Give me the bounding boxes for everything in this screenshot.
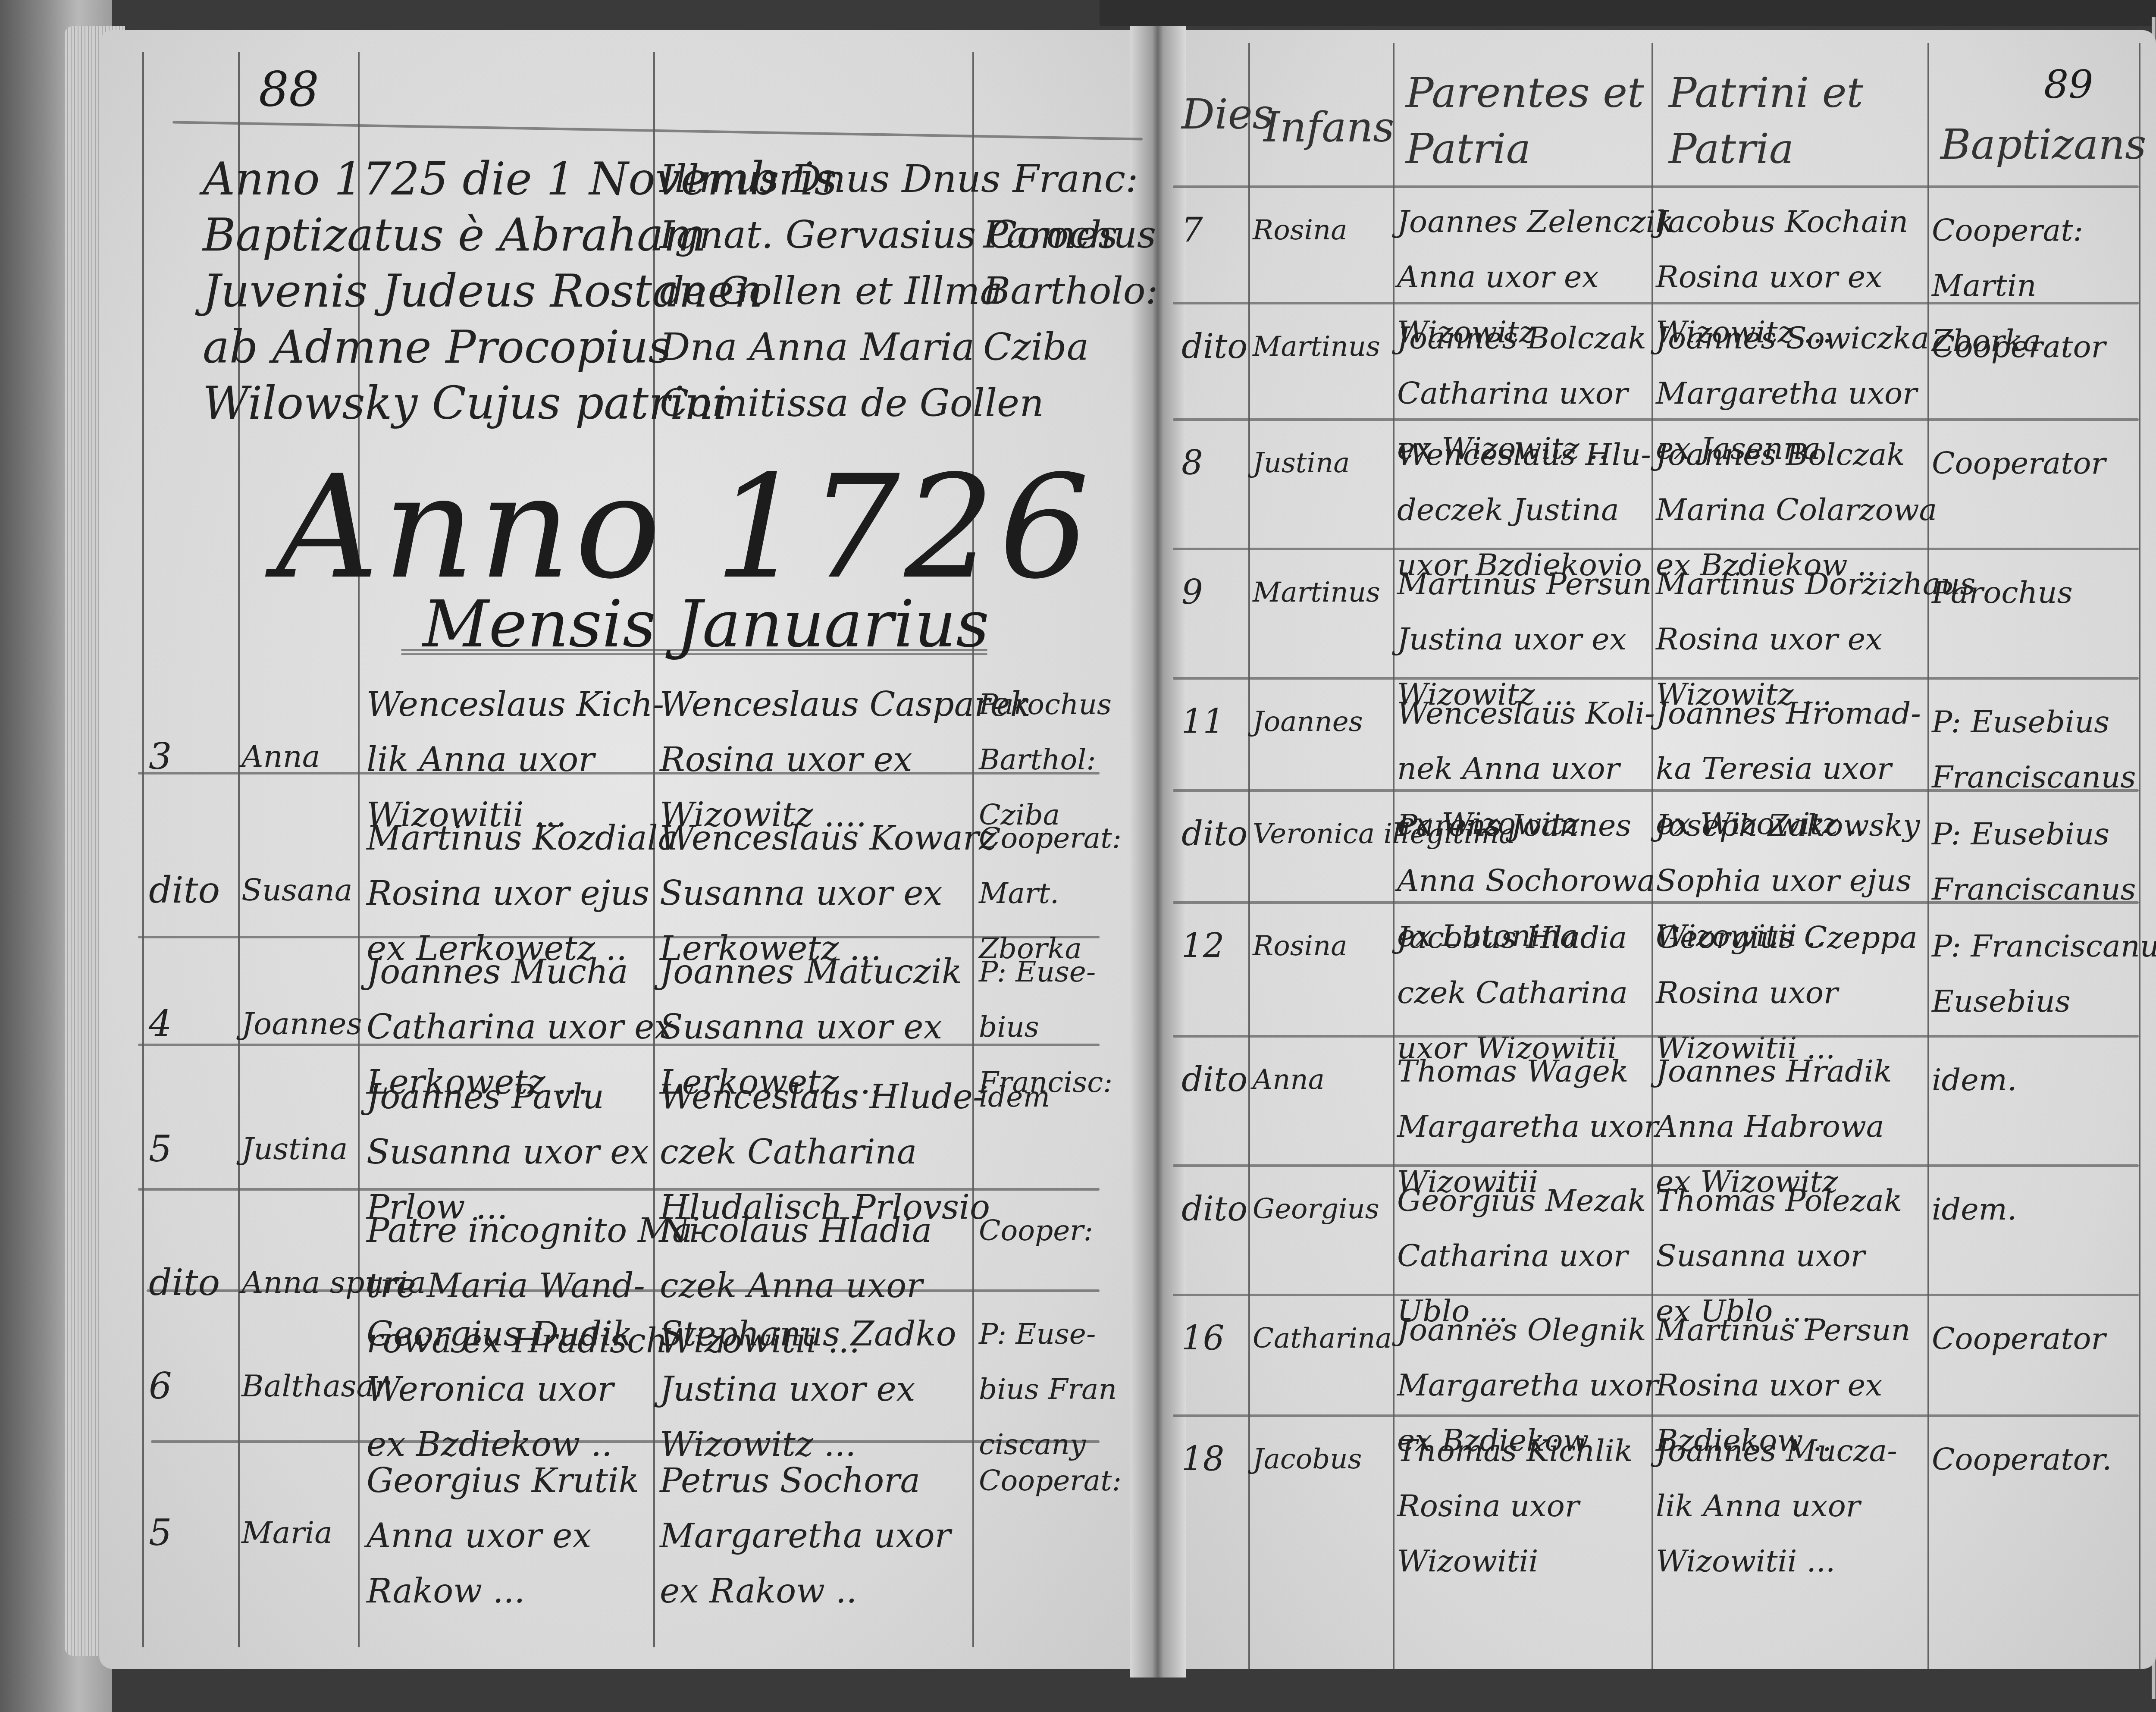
entry-day: 7 <box>1181 203 1203 258</box>
entry-parents-line: Wenceslaus Kich- <box>367 677 664 732</box>
entry-godparents-line: Susanna uxor <box>1656 1228 1902 1283</box>
entry-godparents-line: Joannes Hromad- <box>1656 686 1921 741</box>
entry-godparents-line: Justina uxor ex <box>660 1362 956 1417</box>
entry-baptizer-line: P: Eusebius <box>1932 806 2136 862</box>
entry-baptizer-line: idem. <box>1932 1052 2017 1107</box>
column-rule <box>1248 43 1250 1673</box>
row-rule <box>1173 789 2139 792</box>
entry-parents: Georgius KrutikAnna uxor exRakow ... <box>367 1453 639 1619</box>
entry-parents-line: Catharina uxor ex <box>367 1000 673 1055</box>
entry-baptizer-line: idem <box>979 1069 1050 1125</box>
entry-godparents-line: Nicolaus Hladia <box>660 1203 932 1258</box>
entry-godparents-line: Anna Habrowa <box>1656 1099 1892 1154</box>
entry-baptizer-line: P: Euse- <box>979 1307 1117 1362</box>
intro-line: Illmus Dnus Dnus Franc: <box>660 151 1138 207</box>
entry-day: 6 <box>149 1358 172 1414</box>
entry-baptizer-line: Cooperator <box>1932 436 2106 491</box>
entry-parents-line: Joannes Mucha <box>367 944 673 1000</box>
entry-infant: Rosina <box>1253 919 1347 974</box>
entry-parents-line: Rosina uxor ejus <box>367 866 678 921</box>
column-rule <box>2139 43 2140 1673</box>
entry-day: 18 <box>1181 1432 1224 1487</box>
entry-parents-line: Rakow ... <box>367 1564 639 1619</box>
row-rule <box>1173 1164 2139 1167</box>
entry-baptizer-line: Martin <box>1932 258 2083 313</box>
row-rule <box>1173 418 2139 421</box>
entry-baptizer-line: Mart. <box>979 866 1122 921</box>
entry-baptizer-line: Parochus <box>1932 565 2073 620</box>
column-rule <box>1927 43 1929 1673</box>
header-line: Patrini et <box>1669 65 1863 121</box>
entry-godparents-line: ka Teresia uxor <box>1656 741 1921 796</box>
entry-day: 11 <box>1181 694 1224 749</box>
entry-day: 5 <box>149 1505 172 1560</box>
entry-infant: Maria <box>241 1505 332 1560</box>
entry-parents-line: Rosina uxor <box>1397 1478 1633 1533</box>
header-patrini: Patrini et Patria <box>1669 65 1863 177</box>
entry-baptizer-line: Cooper: <box>979 1203 1093 1258</box>
intro-line: Comitissa de Gollen <box>660 375 1138 431</box>
entry-day: 16 <box>1181 1311 1224 1366</box>
entry-baptizer: Cooperator <box>1932 1311 2106 1366</box>
entry-baptizer: P: EusebiusFranciscanus <box>1932 806 2136 917</box>
entry-godparents-line: Margaretha uxor <box>1656 366 1929 421</box>
entry-infant: Martinus <box>1253 565 1380 620</box>
entry-godparents-line: Petrus Sochora <box>660 1453 951 1508</box>
entry-parents-line: Georgius Krutik <box>367 1453 639 1508</box>
entry-parents-line: Susanna uxor ex <box>367 1125 649 1180</box>
entry-day: 12 <box>1181 919 1224 974</box>
entry-baptizer-line: Cooperat: <box>979 1453 1122 1508</box>
entry-parents-line: czek Catharina <box>1397 965 1628 1020</box>
entry-infant: Susana <box>241 862 353 918</box>
header-line: Parentes et <box>1406 65 1644 121</box>
entry-baptizer-line: P: Euse- <box>979 944 1112 1000</box>
header-line: Patria <box>1406 121 1644 177</box>
entry-godparents-line: czek Anna uxor <box>660 1258 932 1314</box>
entry-godparents-line: Rosina uxor ex <box>660 732 1031 787</box>
entry-godparents-line: Martinus Dorzizhaus <box>1656 556 1975 611</box>
entry-infant: Joannes <box>1253 694 1363 749</box>
entry-godparents: Stephanus ZadkoJustina uxor exWizowitz .… <box>660 1307 956 1472</box>
entry-baptizer-line: Cooperator <box>1932 319 2106 374</box>
entry-godparents-line: Sophia uxor ejus <box>1656 853 1920 908</box>
entry-baptizer-line: Barthol: <box>979 732 1112 787</box>
entry-baptizer-line: P: Franciscanus <box>1932 919 2156 974</box>
entry-day: 4 <box>149 996 172 1051</box>
entry-day: dito <box>149 862 220 918</box>
entry-parents: Thomas KichlikRosina uxorWizowitii <box>1397 1423 1633 1589</box>
entry-baptizer-line: bius Fran <box>979 1362 1117 1417</box>
entry-godparents-line: Stephanus Zadko <box>660 1307 956 1362</box>
entry-parents-line: Joannes Bolczak <box>1397 310 1646 366</box>
entry-parents-line: lik Anna uxor <box>367 732 664 787</box>
entry-parents-line: Martinus Kozdiala <box>367 811 678 866</box>
entry-parents-line: Parens Joannes <box>1397 798 1655 853</box>
entry-godparents-line: Susanna uxor ex <box>660 1000 962 1055</box>
entry-baptizer: idem <box>979 1069 1050 1125</box>
entry-parents-line: Joannes Pavlu <box>367 1069 649 1125</box>
entry-baptizer-line: bius <box>979 1000 1112 1055</box>
entry-day: dito <box>1181 806 1247 862</box>
entry-parents-line: tre Maria Wand- <box>367 1258 704 1314</box>
entry-godparents-line: Joannes Matuczik <box>660 944 962 1000</box>
entry-parents-line: Anna uxor ex <box>1397 249 1674 304</box>
entry-infant: Rosina <box>1253 203 1347 258</box>
entry-parents-line: Anna Sochorowa <box>1397 853 1655 908</box>
entry-godparents-line: Martinus Persun <box>1656 1302 1911 1358</box>
header-parentes: Parentes et Patria <box>1406 65 1644 177</box>
entry-parents: Georgius DudikWeronica uxorex Bzdiekow .… <box>367 1307 633 1472</box>
entry-parents-line: Joannes Olegnik <box>1397 1302 1658 1358</box>
entry-infant: Anna <box>241 729 320 784</box>
month-heading: Mensis Januarius <box>423 591 989 659</box>
entry-parents-line: Anna uxor ex <box>367 1508 639 1564</box>
entry-baptizer: P: FranciscanusEusebius <box>1932 919 2156 1029</box>
entry-baptizer-line: P: Eusebius <box>1932 694 2136 749</box>
entry-day: dito <box>1181 1052 1247 1107</box>
entry-godparents-line: Rosina uxor ex <box>1656 249 1908 304</box>
entry-day: 3 <box>149 729 172 784</box>
entry-godparents-line: Thomas Polezak <box>1656 1173 1902 1228</box>
entry-baptizer-line: Eusebius <box>1932 974 2156 1029</box>
row-rule <box>1173 1035 2139 1038</box>
row-rule <box>1173 548 2139 550</box>
entry-infant: Martinus <box>1253 319 1380 374</box>
header-infans: Infans <box>1263 99 1395 155</box>
row-rule <box>1173 1294 2139 1296</box>
entry-godparents-line: Margaretha uxor <box>660 1508 951 1564</box>
entry-parents-line: Catharina uxor <box>1397 1228 1646 1283</box>
entry-baptizer-line: Cooperator. <box>1932 1432 2112 1487</box>
entry-parents-line: Georgius Dudik <box>367 1307 633 1362</box>
entry-godparents: Joannes Mucza-lik Anna uxorWizowitii ... <box>1656 1423 1897 1589</box>
entry-baptizer-line: Parochus <box>979 677 1112 732</box>
entry-godparents-line: Wenceslaus Hlude- <box>660 1069 990 1125</box>
top-shadow <box>1100 0 2156 26</box>
entry-baptizer: Cooperator. <box>1932 1432 2112 1487</box>
entry-infant: Justina <box>241 1121 348 1176</box>
entry-godparents-line: Rosina uxor <box>1656 965 1918 1020</box>
entry-parents-line: Patre incognito Ma- <box>367 1203 704 1258</box>
entry-baptizer: Cooperator <box>1932 319 2106 374</box>
row-rule <box>1173 901 2139 904</box>
entry-parents-line: deczek Justina <box>1397 482 1651 537</box>
entry-infant: Jacobus <box>1253 1432 1362 1487</box>
entry-day: dito <box>1181 319 1247 374</box>
entry-parents-line: Georgius Mezak <box>1397 1173 1646 1228</box>
entry-godparents-line: Joannes Mucza- <box>1656 1423 1897 1478</box>
entry-baptizer-line: idem. <box>1932 1182 2017 1237</box>
entry-parents-line: Wizowitii <box>1397 1533 1633 1589</box>
entry-godparents-line: Joannes Hradik <box>1656 1044 1892 1099</box>
intro-line: Cziba <box>983 319 1158 375</box>
entry-parents-line: Wenceslaus Hlu- <box>1397 427 1651 482</box>
entry-godparents-line: Wizowitii ... <box>1656 1533 1897 1589</box>
entry-day: 8 <box>1181 436 1203 491</box>
entry-infant: Catharina <box>1253 1311 1392 1366</box>
entry-day: dito <box>1181 1182 1247 1237</box>
entry-baptizer: Cooperator <box>1932 436 2106 491</box>
entry-godparents-line: ex Rakow .. <box>660 1564 951 1619</box>
intro-line: Bartholo: <box>983 263 1158 319</box>
page-number-left: 88 <box>259 65 319 115</box>
entry-baptizer: P: EusebiusFranciscanus <box>1932 694 2136 805</box>
entry-godparents-line: Susanna uxor ex <box>660 866 997 921</box>
entry-godparents-line: czek Catharina <box>660 1125 990 1180</box>
entry-godparents-line: Joannes Bolczak <box>1656 427 1937 482</box>
entry-godparents-line: Rosina uxor ex <box>1656 611 1975 667</box>
entry-parents-line: Thomas Kichlik <box>1397 1423 1633 1478</box>
entry-godparents-line: Marina Colarzowa <box>1656 482 1937 537</box>
row-rule <box>1173 302 2139 304</box>
entry-godparents-line: Jacobus Kochain <box>1656 194 1908 249</box>
entry-parents-line: Martinus Persun <box>1397 556 1652 611</box>
entry-godparents-line: Joannes Sowiczka <box>1656 310 1929 366</box>
entry-baptizer-line: Franciscanus <box>1932 749 2136 805</box>
entry-godparents-line: Rosina uxor ex <box>1656 1358 1911 1413</box>
ledger-spread: 88 Anno 1725 die 1 Novembris Baptizatus … <box>0 0 2156 1712</box>
entry-godparents-line: lik Anna uxor <box>1656 1478 1897 1533</box>
intro-col3: Parochus Bartholo: Cziba <box>983 207 1158 375</box>
header-baptizans: Baptizans <box>1940 116 2146 172</box>
entry-infant: Joannes <box>241 996 362 1051</box>
entry-parents-line: Justina uxor ex <box>1397 611 1652 667</box>
entry-parents-line: Wenceslaus Koli- <box>1397 686 1655 741</box>
entry-baptizer-line: Cooperat: <box>1932 203 2083 258</box>
entry-parents-line: Margaretha uxor <box>1397 1099 1658 1154</box>
entry-godparents-line: Georgius Czeppa <box>1656 910 1918 965</box>
entry-parents-line: Weronica uxor <box>367 1362 633 1417</box>
entry-godparents-line: Joseph Zakowsky <box>1656 798 1920 853</box>
intro-line: Parochus <box>983 207 1158 263</box>
entry-godparents: Petrus SochoraMargaretha uxorex Rakow .. <box>660 1453 951 1619</box>
entry-baptizer: Cooperat: <box>979 1453 1122 1508</box>
header-dies: Dies <box>1181 86 1274 142</box>
column-rule <box>142 52 144 1647</box>
entry-baptizer: Parochus <box>1932 565 2073 620</box>
entry-infant: Georgius <box>1253 1182 1379 1237</box>
entry-baptizer-line: Cooperat: <box>979 811 1122 866</box>
entry-baptizer: Cooper: <box>979 1203 1093 1258</box>
header-line: Patria <box>1669 121 1863 177</box>
entry-baptizer: idem. <box>1932 1052 2017 1107</box>
entry-parents-line: Joannes Zelenczik <box>1397 194 1674 249</box>
entry-parents-line: Catharina uxor <box>1397 366 1646 421</box>
entry-infant: Anna <box>1253 1052 1325 1107</box>
entry-day: 9 <box>1181 565 1203 620</box>
entry-baptizer-line: Cooperator <box>1932 1311 2106 1366</box>
row-rule <box>1173 185 2139 188</box>
entry-baptizer: P: Euse-bius Franciscany <box>979 1307 1117 1472</box>
entry-parents-line: Margaretha uxor <box>1397 1358 1658 1413</box>
entry-day: 5 <box>149 1121 172 1176</box>
entry-baptizer-line: Franciscanus <box>1932 862 2136 917</box>
year-heading: Anno 1726 <box>276 453 1094 602</box>
entry-godparents-line: Wenceslaus Casparek <box>660 677 1031 732</box>
row-rule <box>1173 677 2139 680</box>
page-number-right: 89 <box>2044 65 2093 106</box>
entry-day: dito <box>149 1255 220 1310</box>
entry-godparents-line: Wenceslaus Kowarz <box>660 811 997 866</box>
entry-parents-line: nek Anna uxor <box>1397 741 1655 796</box>
entry-parents-line: Thomas Wagek <box>1397 1044 1658 1099</box>
entry-infant: Justina <box>1253 436 1350 491</box>
entry-parents-line: Jacobus Hladia <box>1397 910 1628 965</box>
row-rule <box>1173 1414 2139 1417</box>
entry-baptizer: idem. <box>1932 1182 2017 1237</box>
